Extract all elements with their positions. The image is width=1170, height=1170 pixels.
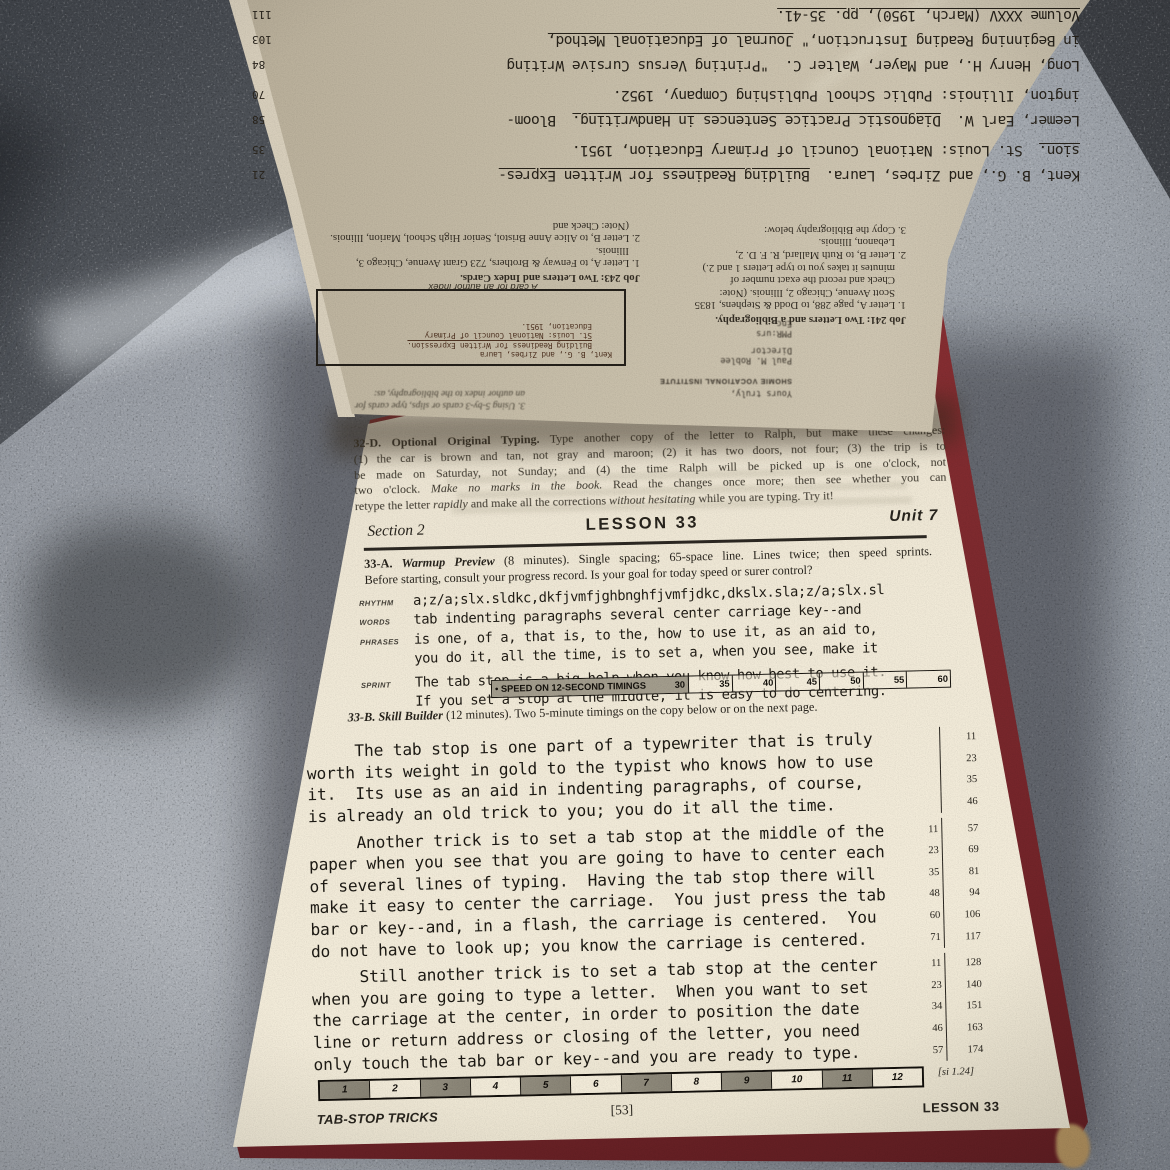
photo-grain: [0, 0, 1170, 1170]
book-photo-scene: 32-D. Optional Original Typing. Type ano…: [0, 0, 1170, 1170]
